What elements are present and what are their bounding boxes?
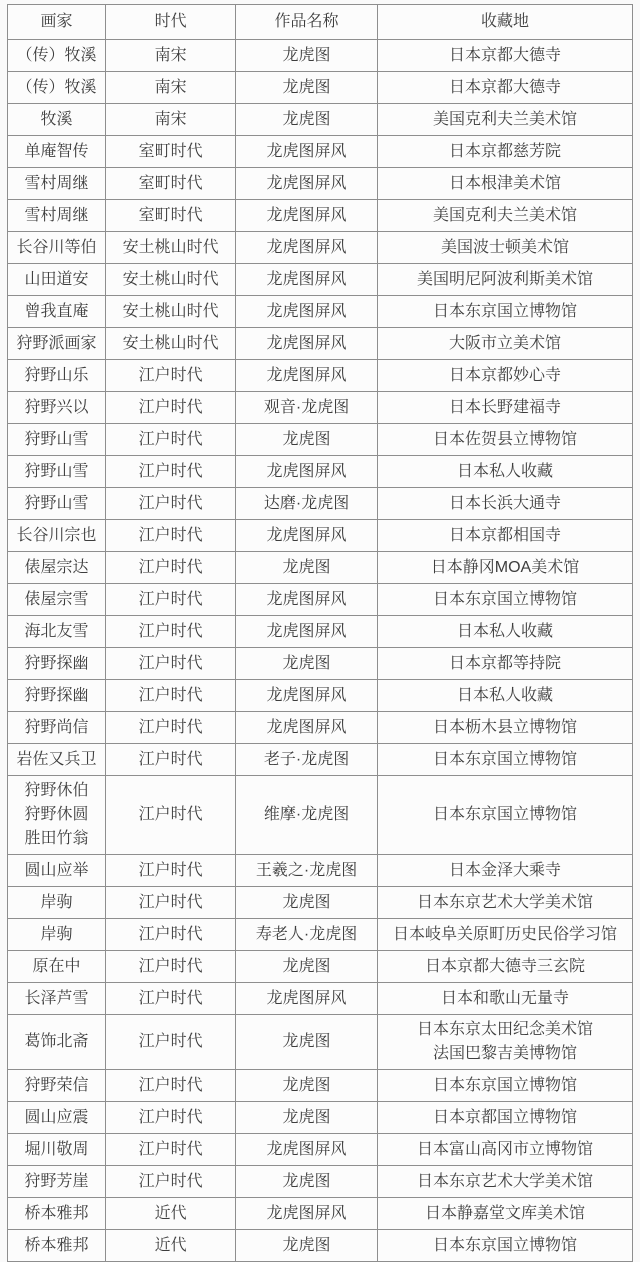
work-cell: 龙虎图屏风 [236,456,378,488]
table-row: 狩野山乐江户时代龙虎图屏风日本京都妙心寺 [8,360,633,392]
painter-cell: 葛饰北斋 [8,1015,106,1070]
era-cell: 江户时代 [106,520,236,552]
table-row: 狩野荣信江户时代龙虎图日本东京国立博物馆 [8,1070,633,1102]
era-cell: 江户时代 [106,680,236,712]
era-cell: 室町时代 [106,168,236,200]
era-cell: 南宋 [106,40,236,72]
table-row: 狩野兴以江户时代观音·龙虎图日本长野建福寺 [8,392,633,424]
location-cell: 日本东京艺术大学美术馆 [378,887,633,919]
work-cell: 老子·龙虎图 [236,744,378,776]
work-cell: 龙虎图 [236,1166,378,1198]
location-cell: 日本东京国立博物馆 [378,296,633,328]
painter-cell: 俵屋宗达 [8,552,106,584]
table-row: 单庵智传室町时代龙虎图屏风日本京都慈芳院 [8,136,633,168]
painter-cell: （传）牧溪 [8,40,106,72]
era-cell: 江户时代 [106,1102,236,1134]
work-cell: 龙虎图 [236,1230,378,1262]
era-cell: 江户时代 [106,584,236,616]
era-cell: 江户时代 [106,951,236,983]
work-cell: 龙虎图屏风 [236,1134,378,1166]
era-cell: 江户时代 [106,424,236,456]
table-row: 堀川敬周江户时代龙虎图屏风日本富山高冈市立博物馆 [8,1134,633,1166]
era-cell: 江户时代 [106,1015,236,1070]
location-cell: 日本京都慈芳院 [378,136,633,168]
location-cell: 日本根津美术馆 [378,168,633,200]
table-row: 葛饰北斋江户时代龙虎图日本东京太田纪念美术馆 法国巴黎吉美博物馆 [8,1015,633,1070]
work-cell: 龙虎图 [236,887,378,919]
location-cell: 大阪市立美术馆 [378,328,633,360]
work-cell: 龙虎图屏风 [236,520,378,552]
painter-cell: 俵屋宗雪 [8,584,106,616]
table-row: 狩野山雪江户时代龙虎图屏风日本私人收藏 [8,456,633,488]
work-cell: 龙虎图屏风 [236,168,378,200]
era-cell: 安土桃山时代 [106,264,236,296]
work-cell: 龙虎图屏风 [236,584,378,616]
work-cell: 王羲之·龙虎图 [236,855,378,887]
era-cell: 近代 [106,1198,236,1230]
painter-cell: 岸驹 [8,919,106,951]
painter-cell: 山田道安 [8,264,106,296]
painter-cell: 狩野探幽 [8,648,106,680]
work-cell: 龙虎图屏风 [236,360,378,392]
location-cell: 日本京都相国寺 [378,520,633,552]
location-cell: 日本京都等持院 [378,648,633,680]
table-row: 岩佐又兵卫江户时代老子·龙虎图日本东京国立博物馆 [8,744,633,776]
work-cell: 观音·龙虎图 [236,392,378,424]
work-cell: 龙虎图屏风 [236,232,378,264]
era-cell: 南宋 [106,72,236,104]
table-row: 长谷川宗也江户时代龙虎图屏风日本京都相国寺 [8,520,633,552]
era-cell: 江户时代 [106,1134,236,1166]
location-cell: 日本岐阜关原町历史民俗学习馆 [378,919,633,951]
location-cell: 日本东京国立博物馆 [378,744,633,776]
era-cell: 江户时代 [106,1070,236,1102]
location-cell: 日本佐贺县立博物馆 [378,424,633,456]
location-cell: 日本东京国立博物馆 [378,776,633,855]
painter-cell: 桥本雅邦 [8,1230,106,1262]
era-cell: 室町时代 [106,200,236,232]
era-cell: 安土桃山时代 [106,296,236,328]
work-cell: 龙虎图 [236,72,378,104]
table-row: 雪村周继室町时代龙虎图屏风日本根津美术馆 [8,168,633,200]
work-cell: 达磨·龙虎图 [236,488,378,520]
table-row: 原在中江户时代龙虎图日本京都大德寺三玄院 [8,951,633,983]
painter-cell: 狩野山乐 [8,360,106,392]
table-row: 俵屋宗达江户时代龙虎图日本静冈MOA美术馆 [8,552,633,584]
table-row: 狩野芳崖江户时代龙虎图日本东京艺术大学美术馆 [8,1166,633,1198]
painter-cell: 岩佐又兵卫 [8,744,106,776]
table-row: 曾我直庵安土桃山时代龙虎图屏风日本东京国立博物馆 [8,296,633,328]
table-row: 长泽芦雪江户时代龙虎图屏风日本和歌山无量寺 [8,983,633,1015]
work-cell: 龙虎图屏风 [236,1198,378,1230]
location-cell: 日本东京国立博物馆 [378,584,633,616]
location-cell: 日本金泽大乘寺 [378,855,633,887]
work-cell: 龙虎图屏风 [236,200,378,232]
painter-cell: 狩野派画家 [8,328,106,360]
painter-cell: 长泽芦雪 [8,983,106,1015]
table-row: 狩野山雪江户时代达磨·龙虎图日本长浜大通寺 [8,488,633,520]
painter-cell: 狩野探幽 [8,680,106,712]
work-cell: 寿老人·龙虎图 [236,919,378,951]
era-cell: 江户时代 [106,616,236,648]
era-cell: 江户时代 [106,392,236,424]
painter-cell: 长谷川宗也 [8,520,106,552]
table-row: （传）牧溪南宋龙虎图日本京都大德寺 [8,72,633,104]
location-cell: 日本私人收藏 [378,680,633,712]
table-row: 狩野山雪江户时代龙虎图日本佐贺县立博物馆 [8,424,633,456]
work-cell: 龙虎图 [236,104,378,136]
work-cell: 龙虎图屏风 [236,616,378,648]
table-header: 画家 时代 作品名称 收藏地 [8,5,633,40]
table-row: 狩野探幽江户时代龙虎图屏风日本私人收藏 [8,680,633,712]
work-cell: 龙虎图屏风 [236,983,378,1015]
era-cell: 江户时代 [106,919,236,951]
painter-cell: 狩野休伯 狩野休圆 胜田竹翁 [8,776,106,855]
era-cell: 江户时代 [106,712,236,744]
work-cell: 龙虎图屏风 [236,328,378,360]
era-cell: 近代 [106,1230,236,1262]
work-cell: 龙虎图屏风 [236,680,378,712]
work-cell: 龙虎图屏风 [236,712,378,744]
painter-cell: 狩野山雪 [8,456,106,488]
location-cell: 美国克利夫兰美术馆 [378,200,633,232]
painter-cell: 狩野兴以 [8,392,106,424]
location-cell: 日本京都大德寺 [378,40,633,72]
era-cell: 江户时代 [106,887,236,919]
dragon-tiger-paintings-table: 画家 时代 作品名称 收藏地 （传）牧溪南宋龙虎图日本京都大德寺（传）牧溪南宋龙… [7,4,633,1262]
location-cell: 日本东京国立博物馆 [378,1070,633,1102]
table-body: （传）牧溪南宋龙虎图日本京都大德寺（传）牧溪南宋龙虎图日本京都大德寺牧溪南宋龙虎… [8,40,633,1262]
table-row: 岸驹江户时代龙虎图日本东京艺术大学美术馆 [8,887,633,919]
table-row: 海北友雪江户时代龙虎图屏风日本私人收藏 [8,616,633,648]
work-cell: 龙虎图屏风 [236,264,378,296]
table-row: 岸驹江户时代寿老人·龙虎图日本岐阜关原町历史民俗学习馆 [8,919,633,951]
era-cell: 江户时代 [106,776,236,855]
era-cell: 安土桃山时代 [106,328,236,360]
era-cell: 江户时代 [106,744,236,776]
table-row: 狩野休伯 狩野休圆 胜田竹翁江户时代维摩·龙虎图日本东京国立博物馆 [8,776,633,855]
painter-cell: 雪村周继 [8,168,106,200]
era-cell: 江户时代 [106,648,236,680]
painter-cell: （传）牧溪 [8,72,106,104]
location-cell: 日本静冈MOA美术馆 [378,552,633,584]
table-row: 山田道安安土桃山时代龙虎图屏风美国明尼阿波利斯美术馆 [8,264,633,296]
era-cell: 江户时代 [106,488,236,520]
work-cell: 龙虎图 [236,648,378,680]
work-cell: 维摩·龙虎图 [236,776,378,855]
painter-cell: 雪村周继 [8,200,106,232]
era-cell: 江户时代 [106,360,236,392]
era-cell: 江户时代 [106,456,236,488]
painter-cell: 狩野山雪 [8,488,106,520]
table-row: 牧溪南宋龙虎图美国克利夫兰美术馆 [8,104,633,136]
location-cell: 日本京都大德寺三玄院 [378,951,633,983]
era-cell: 江户时代 [106,983,236,1015]
work-cell: 龙虎图 [236,424,378,456]
table-row: 桥本雅邦近代龙虎图日本东京国立博物馆 [8,1230,633,1262]
era-cell: 江户时代 [106,1166,236,1198]
table-row: （传）牧溪南宋龙虎图日本京都大德寺 [8,40,633,72]
location-cell: 日本私人收藏 [378,456,633,488]
location-cell: 日本长浜大通寺 [378,488,633,520]
table-row: 狩野探幽江户时代龙虎图日本京都等持院 [8,648,633,680]
table-row: 圆山应震江户时代龙虎图日本京都国立博物馆 [8,1102,633,1134]
era-cell: 室町时代 [106,136,236,168]
table-row: 雪村周继室町时代龙虎图屏风美国克利夫兰美术馆 [8,200,633,232]
painter-cell: 狩野荣信 [8,1070,106,1102]
column-header-location: 收藏地 [378,5,633,40]
location-cell: 日本东京国立博物馆 [378,1230,633,1262]
work-cell: 龙虎图 [236,1070,378,1102]
work-cell: 龙虎图屏风 [236,136,378,168]
table-row: 长谷川等伯安土桃山时代龙虎图屏风美国波士顿美术馆 [8,232,633,264]
painter-cell: 单庵智传 [8,136,106,168]
column-header-work: 作品名称 [236,5,378,40]
location-cell: 日本静嘉堂文库美术馆 [378,1198,633,1230]
location-cell: 日本富山高冈市立博物馆 [378,1134,633,1166]
location-cell: 日本长野建福寺 [378,392,633,424]
table-row: 狩野派画家安土桃山时代龙虎图屏风大阪市立美术馆 [8,328,633,360]
table-row: 圆山应举江户时代王羲之·龙虎图日本金泽大乘寺 [8,855,633,887]
location-cell: 日本京都大德寺 [378,72,633,104]
work-cell: 龙虎图 [236,40,378,72]
painter-cell: 狩野芳崖 [8,1166,106,1198]
work-cell: 龙虎图 [236,1102,378,1134]
table-row: 俵屋宗雪江户时代龙虎图屏风日本东京国立博物馆 [8,584,633,616]
painter-cell: 长谷川等伯 [8,232,106,264]
location-cell: 美国波士顿美术馆 [378,232,633,264]
painter-cell: 圆山应震 [8,1102,106,1134]
header-row: 画家 时代 作品名称 收藏地 [8,5,633,40]
column-header-era: 时代 [106,5,236,40]
painter-cell: 狩野山雪 [8,424,106,456]
work-cell: 龙虎图 [236,1015,378,1070]
work-cell: 龙虎图屏风 [236,296,378,328]
era-cell: 江户时代 [106,552,236,584]
painter-cell: 海北友雪 [8,616,106,648]
location-cell: 日本私人收藏 [378,616,633,648]
location-cell: 日本东京艺术大学美术馆 [378,1166,633,1198]
painter-cell: 岸驹 [8,887,106,919]
location-cell: 日本京都妙心寺 [378,360,633,392]
painter-cell: 桥本雅邦 [8,1198,106,1230]
table-row: 桥本雅邦近代龙虎图屏风日本静嘉堂文库美术馆 [8,1198,633,1230]
column-header-painter: 画家 [8,5,106,40]
era-cell: 安土桃山时代 [106,232,236,264]
painter-cell: 狩野尚信 [8,712,106,744]
era-cell: 南宋 [106,104,236,136]
painter-cell: 原在中 [8,951,106,983]
painter-cell: 圆山应举 [8,855,106,887]
painter-cell: 堀川敬周 [8,1134,106,1166]
location-cell: 日本京都国立博物馆 [378,1102,633,1134]
table-row: 狩野尚信江户时代龙虎图屏风日本枥木县立博物馆 [8,712,633,744]
page: 画家 时代 作品名称 收藏地 （传）牧溪南宋龙虎图日本京都大德寺（传）牧溪南宋龙… [0,0,640,1231]
location-cell: 美国克利夫兰美术馆 [378,104,633,136]
location-cell: 日本枥木县立博物馆 [378,712,633,744]
work-cell: 龙虎图 [236,552,378,584]
era-cell: 江户时代 [106,855,236,887]
location-cell: 美国明尼阿波利斯美术馆 [378,264,633,296]
painter-cell: 牧溪 [8,104,106,136]
work-cell: 龙虎图 [236,951,378,983]
location-cell: 日本东京太田纪念美术馆 法国巴黎吉美博物馆 [378,1015,633,1070]
location-cell: 日本和歌山无量寺 [378,983,633,1015]
painter-cell: 曾我直庵 [8,296,106,328]
